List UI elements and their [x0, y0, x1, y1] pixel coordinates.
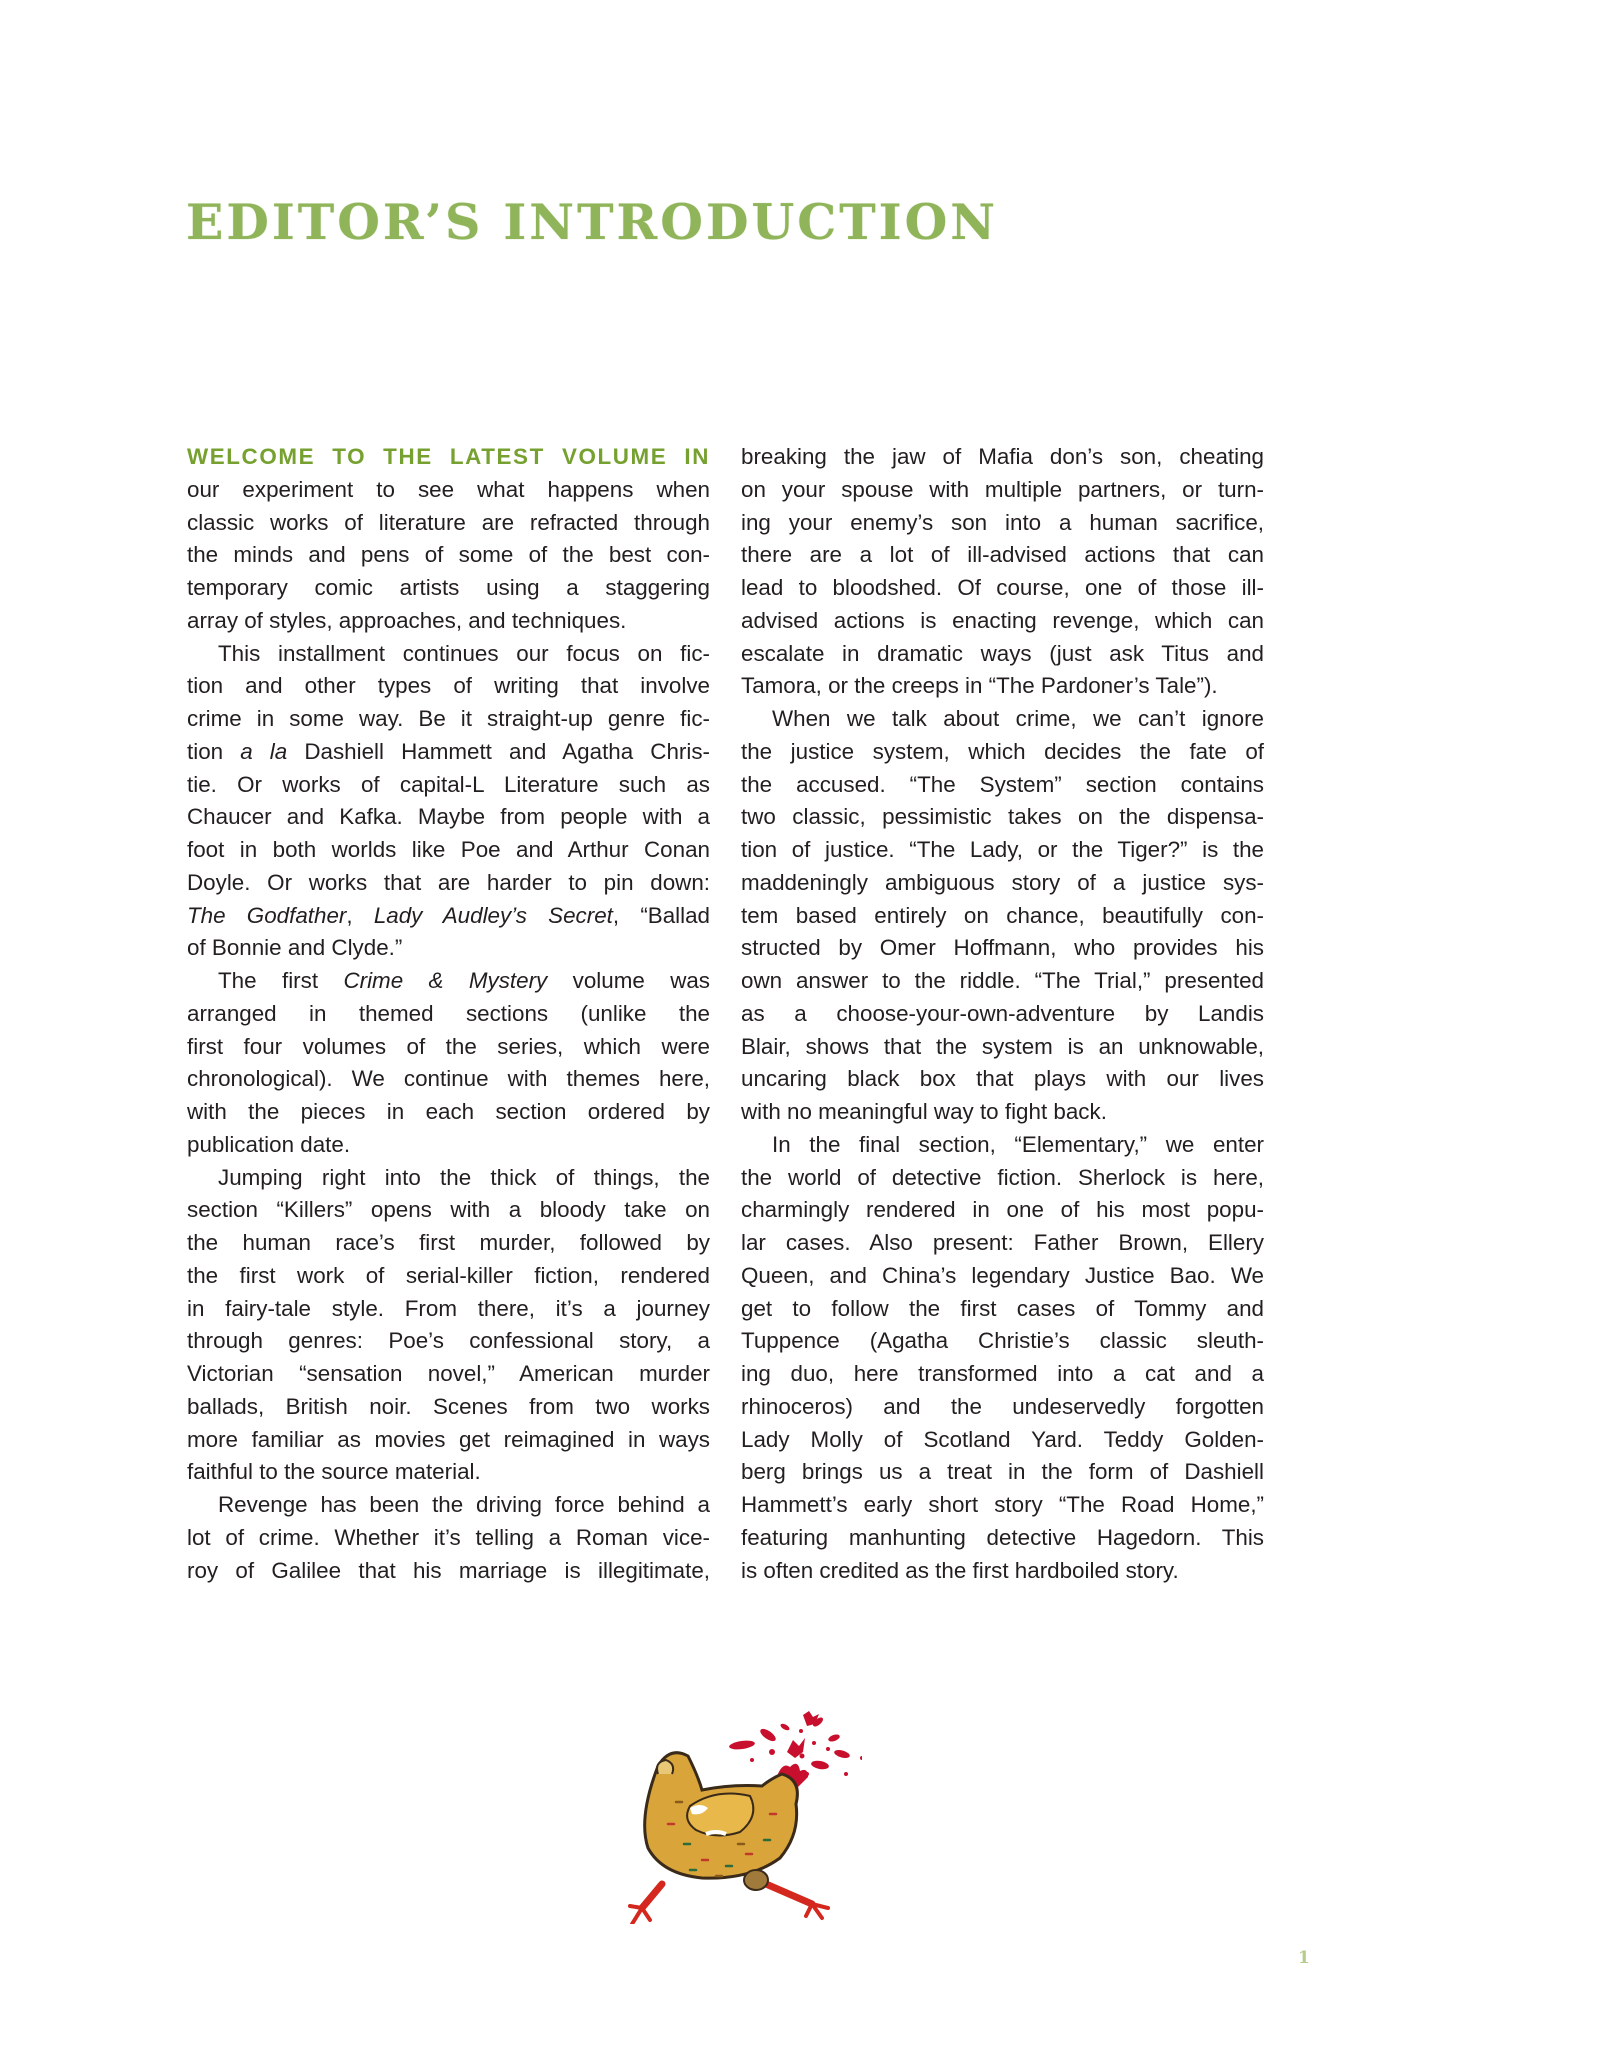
text-run: volume was	[547, 968, 710, 993]
body-line: classic works of literature are refracte…	[187, 507, 710, 540]
body-line: the world of detective fiction. Sherlock…	[741, 1162, 1264, 1195]
body-line: WELCOME TO THE LATEST VOLUME IN	[187, 441, 710, 474]
body-line: Lady Molly of Scotland Yard. Teddy Golde…	[741, 1424, 1264, 1457]
body-line: chronological). We continue with themes …	[187, 1063, 710, 1096]
body-line: Chaucer and Kafka. Maybe from people wit…	[187, 801, 710, 834]
body-line: in fairy-tale style. From there, it’s a …	[187, 1293, 710, 1326]
right-column: breaking the jaw of Mafia don’s son, che…	[741, 441, 1264, 1587]
body-line: temporary comic artists using a staggeri…	[187, 572, 710, 605]
body-line: tie. Or works of capital-L Literature su…	[187, 769, 710, 802]
body-line: tem based entirely on chance, beautifull…	[741, 900, 1264, 933]
italic-text: a la	[240, 739, 287, 764]
body-line: crime in some way. Be it straight-up gen…	[187, 703, 710, 736]
body-line: get to follow the first cases of Tommy a…	[741, 1293, 1264, 1326]
body-line: the first work of serial-killer fiction,…	[187, 1260, 710, 1293]
body-line: escalate in dramatic ways (just ask Titu…	[741, 638, 1264, 671]
body-line: charmingly rendered in one of his most p…	[741, 1194, 1264, 1227]
italic-text: Crime & Mystery	[343, 968, 547, 993]
text-run: tion	[187, 739, 240, 764]
body-line: Queen, and China’s legendary Justice Bao…	[741, 1260, 1264, 1293]
body-line: publication date.	[187, 1129, 710, 1162]
body-line: maddeningly ambiguous story of a justice…	[741, 867, 1264, 900]
body-line: rhinoceros) and the undeservedly forgott…	[741, 1391, 1264, 1424]
body-line: faithful to the source material.	[187, 1456, 710, 1489]
body-line: ing duo, here transformed into a cat and…	[741, 1358, 1264, 1391]
italic-text: Lady Audley’s Secret	[374, 903, 613, 928]
body-line: Hammett’s early short story “The Road Ho…	[741, 1489, 1264, 1522]
body-line: tion ​a la Dashiell Hammett and Agatha C…	[187, 736, 710, 769]
body-line: section “Killers” opens with a bloody ta…	[187, 1194, 710, 1227]
body-line: When we talk about crime, we can’t ignor…	[741, 703, 1264, 736]
page-number: 1	[1298, 1948, 1310, 1968]
text-run: ,	[346, 903, 373, 928]
body-line: more familiar as movies get reimagined i…	[187, 1424, 710, 1457]
body-line: first four volumes of the series, which …	[187, 1031, 710, 1064]
body-line: This installment continues our focus on …	[187, 638, 710, 671]
body-line: there are a lot of ill-advised actions t…	[741, 539, 1264, 572]
body-line: lar cases. Also present: Father Brown, E…	[741, 1227, 1264, 1260]
body-line: ballads, British noir. Scenes from two w…	[187, 1391, 710, 1424]
body-line: as a choose-your-own-adventure by Landis	[741, 998, 1264, 1031]
body-line: foot in both worlds like Poe and Arthur …	[187, 834, 710, 867]
body-line: the human race’s first murder, followed …	[187, 1227, 710, 1260]
body-line: lot of crime. Whether it’s telling a Rom…	[187, 1522, 710, 1555]
text-run: The first	[218, 968, 343, 993]
body-line: berg brings us a treat in the form of Da…	[741, 1456, 1264, 1489]
body-line: Tuppence (Agatha Christie’s classic sleu…	[741, 1325, 1264, 1358]
body-line: of Bonnie and Clyde.”	[187, 932, 710, 965]
body-line: on your spouse with multiple partners, o…	[741, 474, 1264, 507]
text-run: Dashiell Hammett and Agatha Chris-	[287, 739, 710, 764]
body-line: Victorian “sensation novel,” American mu…	[187, 1358, 710, 1391]
body-line: uncaring black box that plays with our l…	[741, 1063, 1264, 1096]
text-run: , “Ballad	[613, 903, 710, 928]
italic-text: The Godfather	[187, 903, 346, 928]
body-line: with the pieces in each section ordered …	[187, 1096, 710, 1129]
body-line: roy of Galilee that his marriage is ille…	[187, 1555, 710, 1588]
body-line: Jumping right into the thick of things, …	[187, 1162, 710, 1195]
left-column: WELCOME TO THE LATEST VOLUME IN our expe…	[187, 441, 710, 1587]
body-line: through genres: Poe’s confessional story…	[187, 1325, 710, 1358]
chicken-icon	[606, 1694, 862, 1924]
body-line: Tamora, or the creeps in “The Pardoner’s…	[741, 670, 1264, 703]
body-line: two classic, pessimistic takes on the di…	[741, 801, 1264, 834]
body-line: Revenge has been the driving force behin…	[187, 1489, 710, 1522]
body-line: lead to bloodshed. Of course, one of tho…	[741, 572, 1264, 605]
body-line: own answer to the riddle. “The Trial,” p…	[741, 965, 1264, 998]
body-line: our experiment to see what happens when	[187, 474, 710, 507]
page-title: EDITOR’S INTRODUCTION	[186, 193, 998, 251]
body-line: advised actions is enacting revenge, whi…	[741, 605, 1264, 638]
body-line: Doyle. Or works that are harder to pin d…	[187, 867, 710, 900]
body-line: tion of justice. “The Lady, or the Tiger…	[741, 834, 1264, 867]
body-line: the justice system, which decides the fa…	[741, 736, 1264, 769]
body-line: Blair, shows that the system is an unkno…	[741, 1031, 1264, 1064]
body-line: the minds and pens of some of the best c…	[187, 539, 710, 572]
body-line: structed by Omer Hoffmann, who provides …	[741, 932, 1264, 965]
body-line: array of styles, approaches, and techniq…	[187, 605, 710, 638]
body-line: arranged in themed sections (unlike the	[187, 998, 710, 1031]
body-line: the accused. “The System” section contai…	[741, 769, 1264, 802]
body-line: is often credited as the first hardboile…	[741, 1555, 1264, 1588]
body-line: tion and other types of writing that inv…	[187, 670, 710, 703]
body-line: The Godfather, Lady Audley’s Secret, “Ba…	[187, 900, 710, 933]
body-line: In the final section, “Elementary,” we e…	[741, 1129, 1264, 1162]
headless-chicken-illustration	[606, 1694, 862, 1924]
lead-in-text: WELCOME TO THE LATEST VOLUME IN	[187, 444, 710, 469]
body-line: featuring manhunting detective Hagedorn.…	[741, 1522, 1264, 1555]
body-line: breaking the jaw of Mafia don’s son, che…	[741, 441, 1264, 474]
body-line: The first Crime & Mystery volume was	[187, 965, 710, 998]
body-line: with no meaningful way to fight back.	[741, 1096, 1264, 1129]
body-line: ing your enemy’s son into a human sacrif…	[741, 507, 1264, 540]
